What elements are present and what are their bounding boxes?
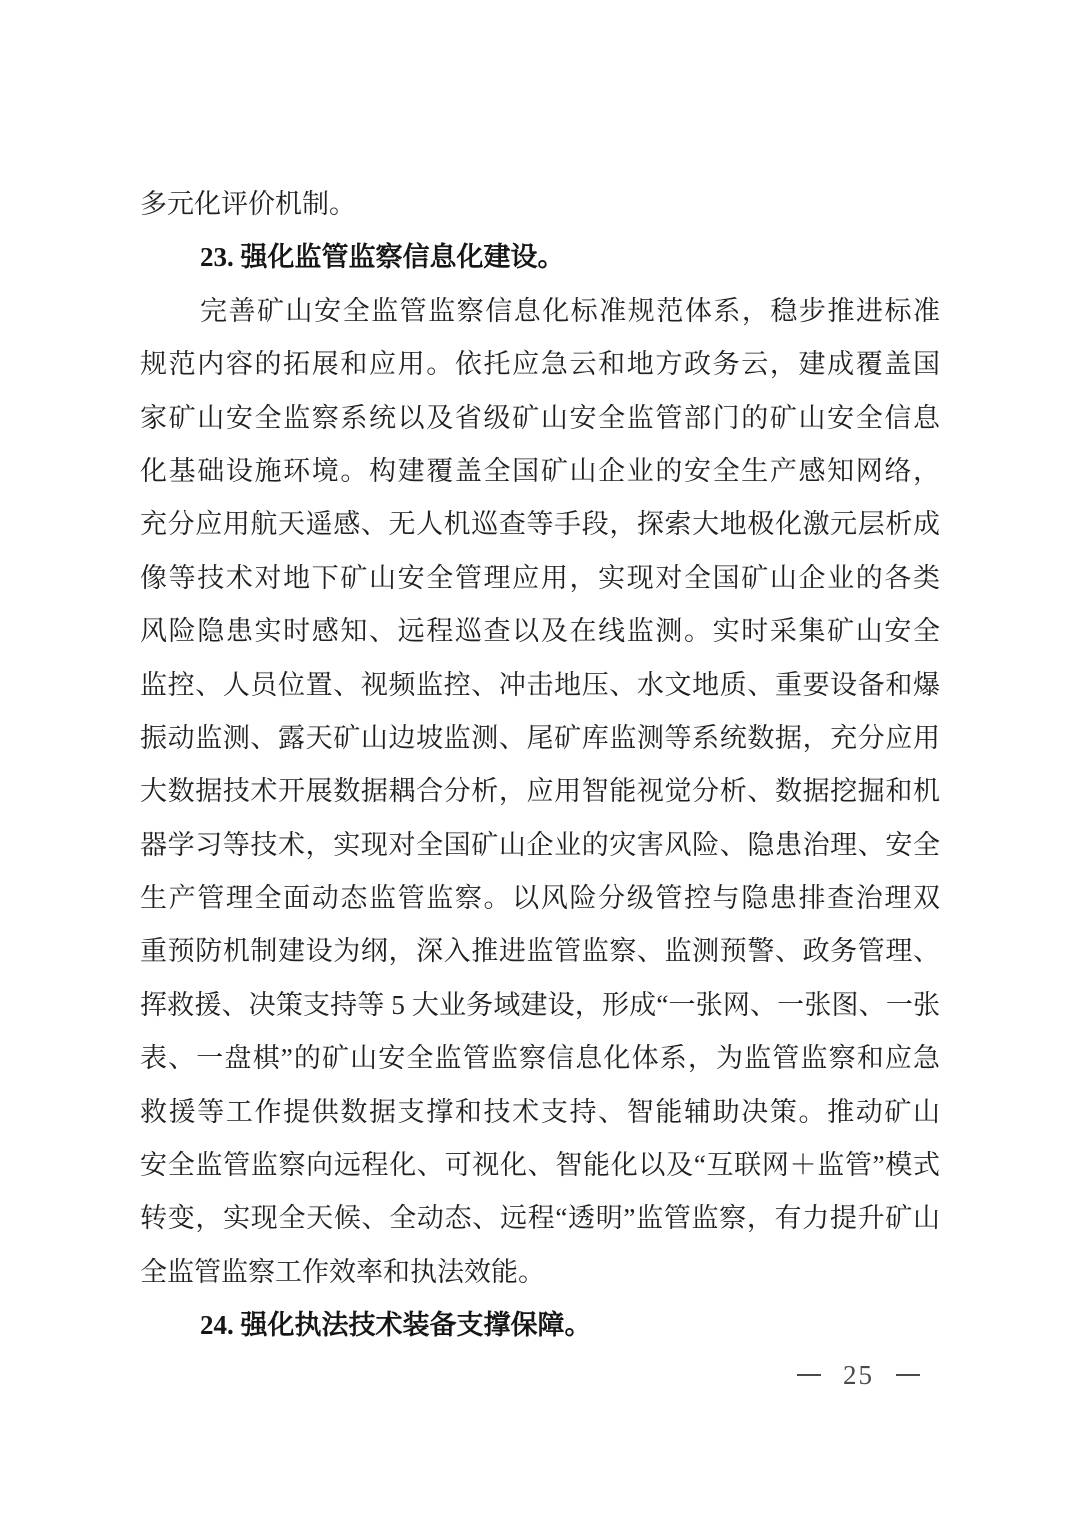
text-line: 大数据技术开展数据耦合分析，应用智能视觉分析、数据挖掘和机 [140,765,940,818]
text-line: 重预防机制建设为纲，深入推进监管监察、监测预警、政务管理、指 [140,925,940,978]
text-line: 救援等工作提供数据支撑和技术支持、智能辅助决策。推动矿山 [140,1086,940,1139]
text-line: 全监管监察工作效率和执法效能。 [140,1246,940,1299]
text-line: 监控、人员位置、视频监控、冲击地压、水文地质、重要设备和爆破 [140,659,940,712]
text-line: 器学习等技术，实现对全国矿山企业的灾害风险、隐患治理、安全 [140,819,940,872]
text-line: 转变，实现全天候、全动态、远程“透明”监管监察，有力提升矿山安 [140,1192,940,1245]
text-line: 风险隐患实时感知、远程巡查以及在线监测。实时采集矿山安全 [140,605,940,658]
text-line: 23. 强化监管监察信息化建设。 [140,231,940,284]
document-page: 多元化评价机制。23. 强化监管监察信息化建设。完善矿山安全监管监察信息化标准规… [0,0,1080,1528]
text-line: 化基础设施环境。构建覆盖全国矿山企业的安全生产感知网络， [140,445,940,498]
page-number: 25 [843,1360,874,1390]
text-line: 挥救援、决策支持等 5 大业务域建设，形成“一张网、一张图、一张 [140,979,940,1032]
text-line: 振动监测、露天矿山边坡监测、尾矿库监测等系统数据，充分应用 [140,712,940,765]
text-line: 安全监管监察向远程化、可视化、智能化以及“互联网＋监管”模式 [140,1139,940,1192]
text-line: 多元化评价机制。 [140,178,940,231]
text-line: 家矿山安全监察系统以及省级矿山安全监管部门的矿山安全信息 [140,392,940,445]
text-line: 生产管理全面动态监管监察。以风险分级管控与隐患排查治理双 [140,872,940,925]
footer-right-dash [896,1374,920,1376]
text-line: 完善矿山安全监管监察信息化标准规范体系，稳步推进标准 [140,285,940,338]
footer-left-dash [797,1374,821,1376]
text-line: 规范内容的拓展和应用。依托应急云和地方政务云，建成覆盖国 [140,338,940,391]
text-line: 表、一盘棋”的矿山安全监管监察信息化体系，为监管监察和应急 [140,1032,940,1085]
text-line: 24. 强化执法技术装备支撑保障。 [140,1299,940,1352]
text-line: 像等技术对地下矿山安全管理应用，实现对全国矿山企业的各类 [140,552,940,605]
text-line: 充分应用航天遥感、无人机巡查等手段，探索大地极化激元层析成 [140,498,940,551]
text-block: 多元化评价机制。23. 强化监管监察信息化建设。完善矿山安全监管监察信息化标准规… [140,178,940,1353]
page-footer: 25 [797,1360,920,1390]
